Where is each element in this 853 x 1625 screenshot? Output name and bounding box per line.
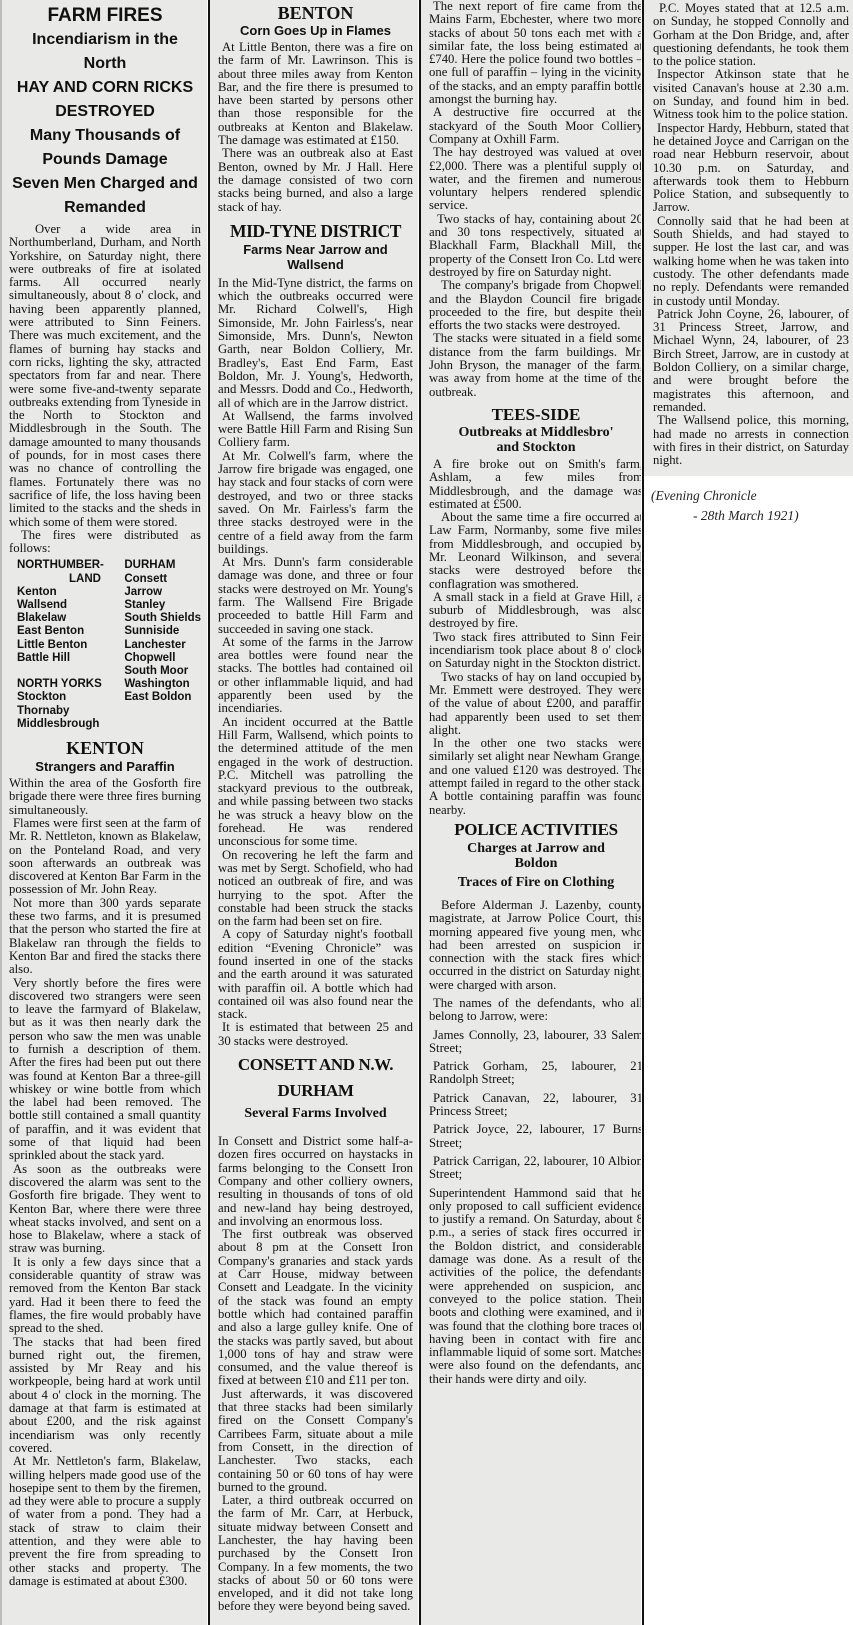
north-yorks-heading: NORTH YORKS — [17, 678, 124, 691]
midtyne-paragraph: A copy of Saturday night's football edit… — [218, 928, 413, 1021]
source-credit-line-1: (Evening Chronicle — [651, 488, 757, 503]
defendant-entry: Patrick Gorham, 25, labourer, 21 Randolp… — [429, 1060, 641, 1087]
fire-distribution-table: NORTHUMBER-DURHAM LANDConsett KentonJarr… — [17, 559, 201, 731]
kenton-paragraph: The stacks that had been fired burned ri… — [9, 1336, 201, 1456]
police-paragraph: P.C. Moyes stated that at 12.5 a.m. on S… — [653, 2, 849, 68]
police-heading: POLICE ACTIVITIES — [429, 819, 641, 841]
durham-place: Sunniside — [124, 625, 201, 638]
durham-place: Jarrow — [124, 586, 201, 599]
police-paragraph: Connolly said that he had been at South … — [653, 215, 849, 308]
teesside-paragraph: Two stack fires attributed to Sinn Fein … — [429, 631, 641, 671]
kenton-paragraph: It is only a few days since that a consi… — [9, 1256, 201, 1336]
consett-paragraph: In Consett and District some half-a-doze… — [218, 1135, 413, 1228]
benton-paragraph: There was an outbreak also at East Bento… — [218, 147, 413, 213]
headline-deck-1a: HAY AND CORN RICKS — [9, 76, 201, 100]
kenton-heading: KENTON — [9, 737, 201, 759]
intro-distribution-lead: The fires were distributed as follows: — [9, 529, 201, 556]
consett-paragraph: Later, a third outbreak occurred on the … — [218, 1494, 413, 1614]
source-credit-line-2: - 28th March 1921) — [651, 506, 851, 526]
headline-subtitle: Incendiarism in the North — [9, 28, 201, 76]
column-3: The next report of fire came from the Ma… — [419, 0, 641, 1625]
headline-deck-3b: Remanded — [9, 196, 201, 220]
police-paragraph: The Wallsend police, this morning, had m… — [653, 414, 849, 467]
defendant-entry: Patrick Joyce, 22, labourer, 17 Burns St… — [429, 1123, 641, 1150]
midtyne-subheading: Farms Near Jarrow and — [218, 242, 413, 257]
column-3-inner: The next report of fire came from the Ma… — [429, 0, 641, 1386]
northumberland-heading-cont: LAND — [17, 573, 124, 586]
durham-place: Consett — [124, 573, 201, 586]
midtyne-paragraph: At Mrs. Dunn's farm considerable damage … — [218, 556, 413, 636]
durham-place: Washington — [124, 678, 201, 691]
consett-heading: CONSETT AND N.W. — [218, 1052, 413, 1078]
durham-place: South Moor — [124, 665, 201, 678]
midtyne-paragraph: At Wallsend, the farms involved were Bat… — [218, 410, 413, 450]
kenton-paragraph: Within the area of the Gosforth fire bri… — [9, 777, 201, 817]
consett-paragraph: Two stacks of hay, containing about 20 a… — [429, 213, 641, 279]
north-yorks-place: Middlesbrough — [17, 718, 124, 731]
teesside-subheading-cont: and Stockton — [429, 440, 641, 455]
police-subheading-2: Traces of Fire on Clothing — [429, 875, 641, 890]
north-yorks-place: Thornaby — [17, 705, 124, 718]
durham-place: Stanley — [124, 599, 201, 612]
durham-place: Chopwell — [124, 652, 201, 665]
north-yorks-place: Stockton — [17, 691, 124, 704]
police-paragraph: Superintendent Hammond said that he only… — [429, 1187, 641, 1386]
consett-paragraph: Just afterwards, it was discovered that … — [218, 1388, 413, 1494]
midtyne-heading: MID-TYNE DISTRICT — [218, 220, 413, 242]
benton-subheading: Corn Goes Up in Flames — [218, 23, 413, 38]
headline-deck-2b: Pounds Damage — [9, 148, 201, 172]
midtyne-paragraph: At Mr. Colwell's farm, where the Jarrow … — [218, 450, 413, 556]
source-credit: (Evening Chronicle - 28th March 1921) — [651, 486, 851, 526]
northumberland-place: Wallsend — [17, 599, 124, 612]
defendant-entry: Patrick Canavan, 22, labourer, 31 Prince… — [429, 1092, 641, 1119]
teesside-paragraph: A small stack in a field at Grave Hill, … — [429, 591, 641, 631]
durham-heading: DURHAM — [124, 559, 201, 572]
teesside-paragraph: A fire broke out on Smith's farm, Ashlam… — [429, 458, 641, 511]
kenton-paragraph: As soon as the outbreaks were discovered… — [9, 1163, 201, 1256]
column-1: FARM FIRES Incendiarism in the North HAY… — [0, 0, 207, 1625]
defendant-entry: Patrick Carrigan, 22, labourer, 10 Albio… — [429, 1155, 641, 1182]
kenton-paragraph: At Mr. Nettleton's farm, Blakelaw, willi… — [9, 1455, 201, 1588]
northumberland-place: Blakelaw — [17, 612, 124, 625]
consett-heading-cont: DURHAM — [218, 1078, 413, 1104]
northumberland-place: East Benton — [17, 625, 124, 638]
police-paragraph: Patrick John Coyne, 26, labourer, of 31 … — [653, 308, 849, 414]
benton-heading: BENTON — [218, 3, 413, 23]
consett-subheading: Several Farms Involved — [218, 1106, 413, 1121]
consett-paragraph: A destructive fire occurred at the stack… — [429, 106, 641, 146]
durham-place: South Shields — [124, 612, 201, 625]
midtyne-paragraph: It is estimated that between 25 and 30 s… — [218, 1021, 413, 1048]
intro-paragraph: Over a wide area in Northumberland, Durh… — [9, 223, 201, 529]
kenton-paragraph: Flames were first seen at the farm of Mr… — [9, 817, 201, 897]
police-paragraph: Inspector Hardy, Hebburn, stated that he… — [653, 122, 849, 215]
column-divider — [642, 476, 644, 1625]
headline-deck-1b: DESTROYED — [9, 100, 201, 124]
defendant-entry: James Connolly, 23, labourer, 33 Salem S… — [429, 1029, 641, 1056]
consett-paragraph: The stacks were situated in a field some… — [429, 332, 641, 398]
northumberland-place: Kenton — [17, 586, 124, 599]
midtyne-paragraph: On recovering he left the farm and was m… — [218, 849, 413, 929]
kenton-subheading: Strangers and Paraffin — [9, 759, 201, 774]
consett-paragraph: The first outbreak was observed about 8 … — [218, 1228, 413, 1388]
police-paragraph: The names of the defendants, who all bel… — [429, 997, 641, 1024]
durham-place: Lanchester — [124, 639, 201, 652]
teesside-paragraph: In the other one two stacks were similar… — [429, 737, 641, 817]
headline-deck-2a: Many Thousands of — [9, 124, 201, 148]
northumberland-place: Battle Hill — [17, 652, 124, 665]
column-2: BENTON Corn Goes Up in Flames At Little … — [208, 0, 418, 1625]
teesside-heading: TEES-SIDE — [429, 405, 641, 425]
kenton-paragraph: Very shortly before the fires were disco… — [9, 977, 201, 1163]
kenton-paragraph: Not more than 300 yards separate these t… — [9, 897, 201, 977]
consett-paragraph: The company's brigade from Chopwell and … — [429, 279, 641, 332]
teesside-subheading: Outbreaks at Middlesbro' — [429, 425, 641, 440]
police-subheading: Charges at Jarrow and — [429, 841, 641, 856]
consett-paragraph: The next report of fire came from the Ma… — [429, 0, 641, 106]
column-4: P.C. Moyes stated that at 12.5 a.m. on S… — [642, 0, 853, 476]
teesside-paragraph: Two stacks of hay on land occupied by Mr… — [429, 671, 641, 737]
teesside-paragraph: About the same time a fire occurred at L… — [429, 511, 641, 591]
headline-title: FARM FIRES — [9, 3, 201, 28]
northumberland-heading: NORTHUMBER- — [17, 559, 124, 572]
police-paragraph: Inspector Atkinson state that he visited… — [653, 68, 849, 121]
consett-paragraph: The hay destroyed was valued at over £2,… — [429, 146, 641, 212]
police-paragraph: Before Alderman J. Lazenby, county magis… — [429, 899, 641, 992]
midtyne-paragraph: An incident occurred at the Battle Hill … — [218, 716, 413, 849]
headline-deck-3a: Seven Men Charged and — [9, 172, 201, 196]
midtyne-paragraph: At some of the farms in the Jarrow area … — [218, 636, 413, 716]
northumberland-place: Little Benton — [17, 639, 124, 652]
midtyne-paragraph: In the Mid-Tyne district, the farms on w… — [218, 277, 413, 410]
durham-place: East Boldon — [124, 691, 201, 704]
benton-paragraph: At Little Benton, there was a fire on th… — [218, 41, 413, 147]
police-subheading-cont: Boldon — [429, 856, 641, 871]
midtyne-subheading-cont: Wallsend — [218, 257, 413, 272]
